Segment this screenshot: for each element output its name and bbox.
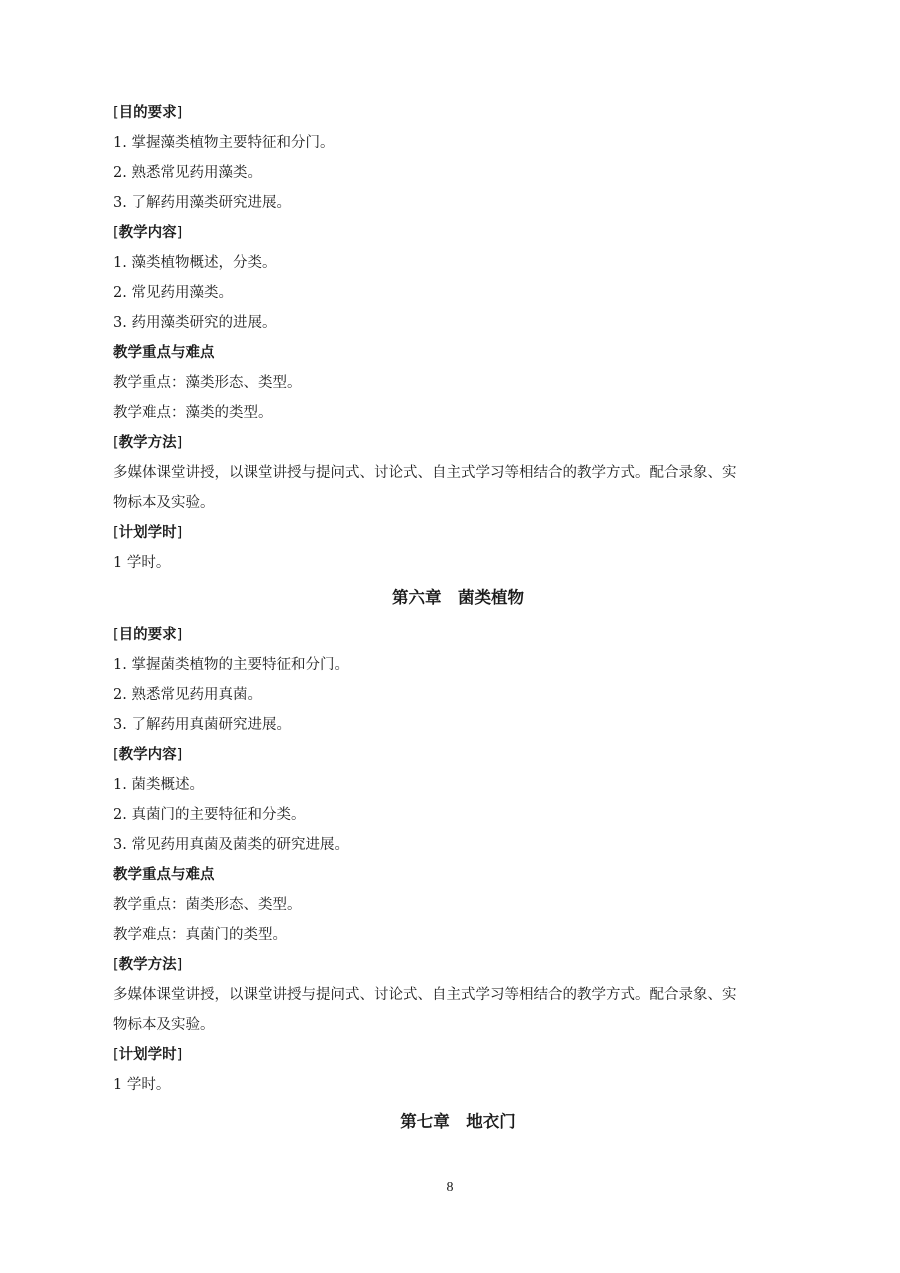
method-heading: [教学方法] bbox=[113, 428, 803, 458]
goal-item: 1. 掌握菌类植物的主要特征和分门。 bbox=[113, 650, 803, 680]
method-text: 多媒体课堂讲授，以课堂讲授与提问式、讨论式、自主式学习等相结合的教学方式。配合录… bbox=[113, 458, 803, 488]
goal-item: 3. 了解药用真菌研究进展。 bbox=[113, 710, 803, 740]
goal-heading: [目的要求] bbox=[113, 98, 803, 128]
goal-heading: [目的要求] bbox=[113, 620, 803, 650]
method-text: 多媒体课堂讲授，以课堂讲授与提问式、讨论式、自主式学习等相结合的教学方式。配合录… bbox=[113, 980, 803, 1010]
page-number: 8 bbox=[0, 1180, 900, 1196]
hours-text: 1 学时。 bbox=[113, 548, 803, 578]
goal-item: 3. 了解药用藻类研究进展。 bbox=[113, 188, 803, 218]
method-text: 物标本及实验。 bbox=[113, 488, 803, 518]
goal-item: 2. 熟悉常见药用真菌。 bbox=[113, 680, 803, 710]
content-item: 1. 菌类概述。 bbox=[113, 770, 803, 800]
content-item: 1. 藻类植物概述，分类。 bbox=[113, 248, 803, 278]
content-heading: [教学内容] bbox=[113, 740, 803, 770]
content-item: 3. 药用藻类研究的进展。 bbox=[113, 308, 803, 338]
goal-item: 2. 熟悉常见药用藻类。 bbox=[113, 158, 803, 188]
content-heading: [教学内容] bbox=[113, 218, 803, 248]
key-point: 教学重点：藻类形态、类型。 bbox=[113, 368, 803, 398]
content-item: 2. 常见药用藻类。 bbox=[113, 278, 803, 308]
hours-heading: [计划学时] bbox=[113, 1040, 803, 1070]
chapter-title: 第七章 地衣门 bbox=[113, 1100, 803, 1144]
hours-heading: [计划学时] bbox=[113, 518, 803, 548]
document-page: [目的要求] 1. 掌握藻类植物主要特征和分门。 2. 熟悉常见药用藻类。 3.… bbox=[113, 98, 803, 1144]
difficult-point: 教学难点：真菌门的类型。 bbox=[113, 920, 803, 950]
chapter-title: 第六章 菌类植物 bbox=[113, 576, 803, 620]
hours-text: 1 学时。 bbox=[113, 1070, 803, 1100]
key-heading: 教学重点与难点 bbox=[113, 860, 803, 890]
method-text: 物标本及实验。 bbox=[113, 1010, 803, 1040]
difficult-point: 教学难点：藻类的类型。 bbox=[113, 398, 803, 428]
method-heading: [教学方法] bbox=[113, 950, 803, 980]
goal-item: 1. 掌握藻类植物主要特征和分门。 bbox=[113, 128, 803, 158]
content-item: 3. 常见药用真菌及菌类的研究进展。 bbox=[113, 830, 803, 860]
content-item: 2. 真菌门的主要特征和分类。 bbox=[113, 800, 803, 830]
key-point: 教学重点：菌类形态、类型。 bbox=[113, 890, 803, 920]
key-heading: 教学重点与难点 bbox=[113, 338, 803, 368]
